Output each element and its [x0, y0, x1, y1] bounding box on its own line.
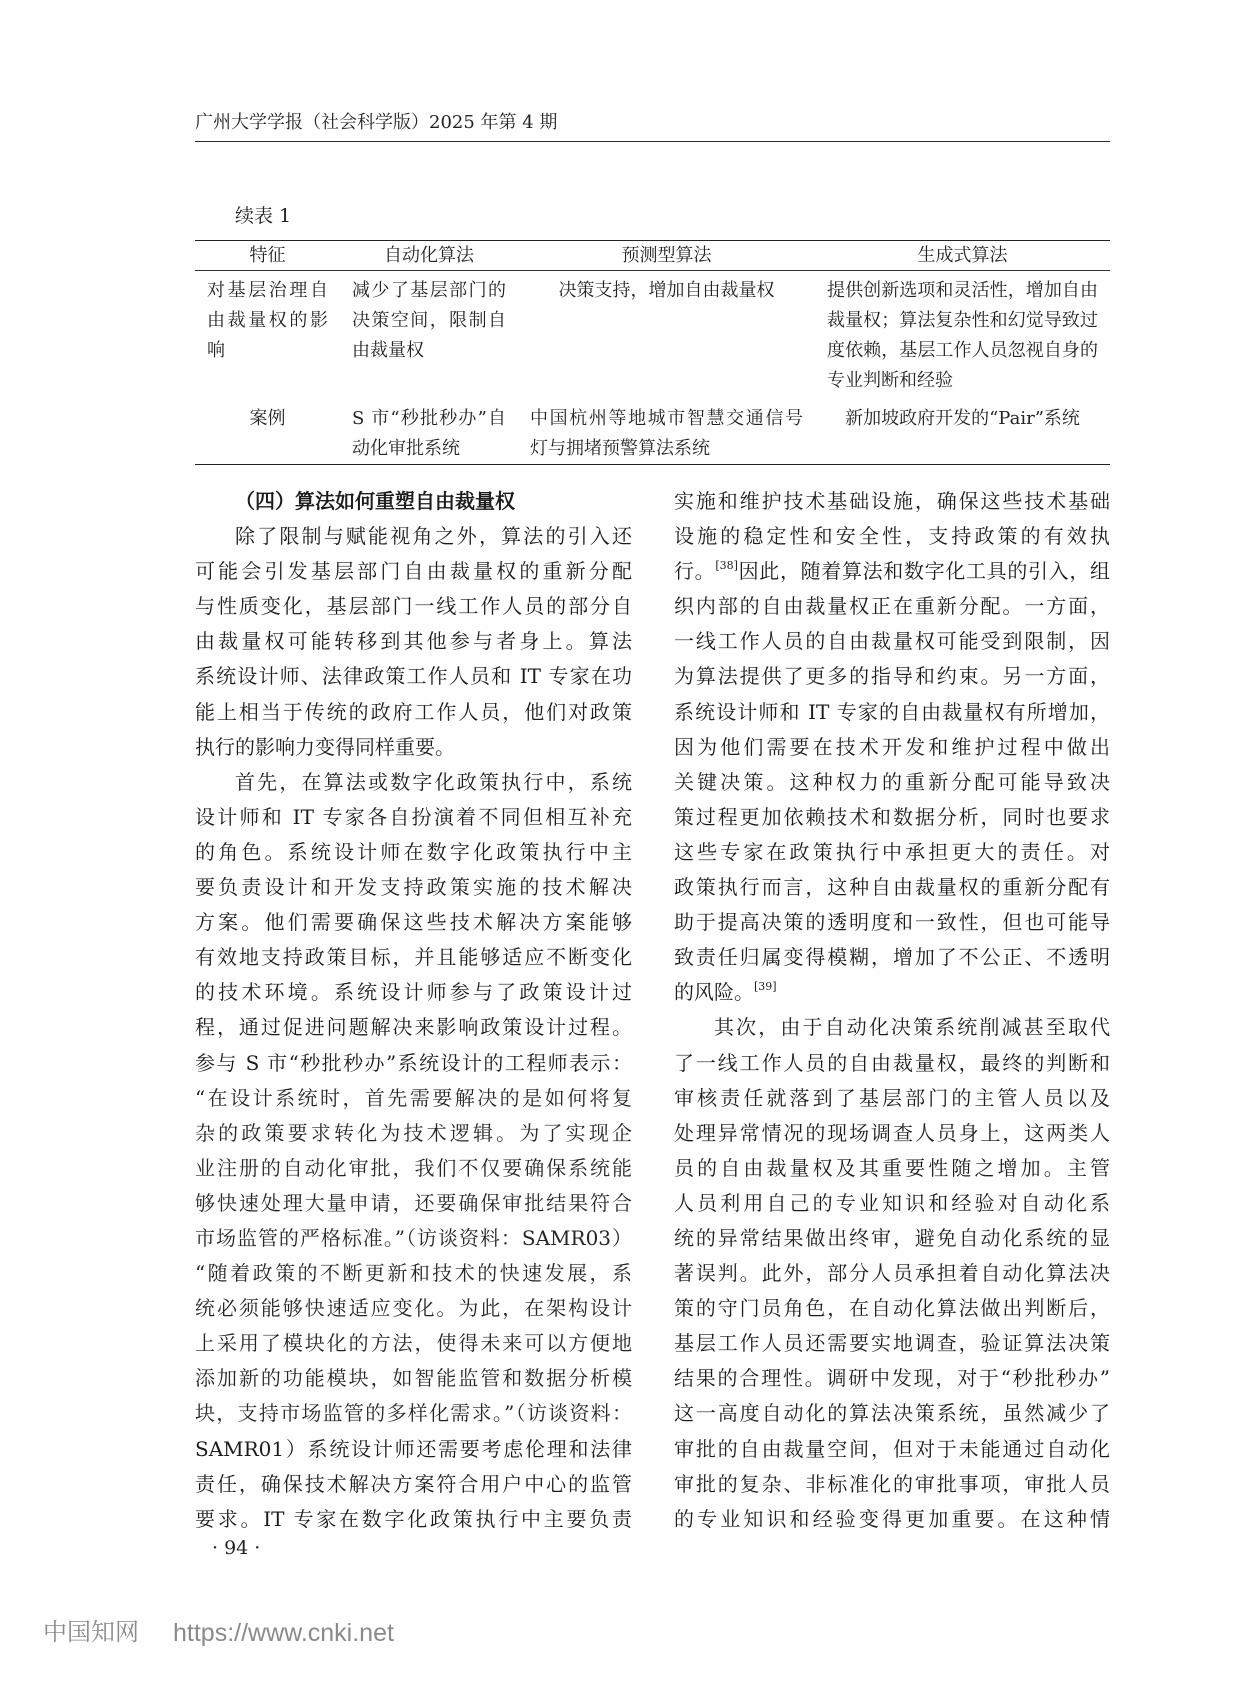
body-line: 可能会引发基层部门自由裁量权的重新分配 [195, 554, 632, 589]
interview-quote-line: 市场监管的严格标准。”（访谈资料：SAMR03） [195, 1221, 632, 1256]
cnki-watermark: 中国知网 https://www.cnki.net [43, 1618, 443, 1648]
cell-line: 新加坡政府开发的“Pair”系统 [827, 404, 1098, 434]
body-line: 实施和维护技术基础设施，确保这些技术基础 [674, 484, 1110, 519]
body-text: 行。 [674, 559, 715, 583]
body-line: 这些专家在政策执行中承担更大的责任。对 [674, 835, 1110, 870]
table-row: 案例 S 市“秒批秒办”自 动化审批系统 中国杭州等地城市智慧交通信号 灯与拥堵… [195, 400, 1110, 464]
body-line: 统的异常结果做出终审，避免自动化系统的显 [674, 1221, 1110, 1256]
body-line: 基层工作人员还需要实地调查，验证算法决策 [674, 1326, 1110, 1361]
watermark-brand: 中国知网 [43, 1618, 139, 1648]
interview-quote-line: “随着政策的不断更新和技术的快速发展，系 [195, 1256, 632, 1291]
body-line: 执行的影响力变得同样重要。 [195, 730, 632, 765]
body-line: 设施的稳定性和安全性，支持政策的有效执 [674, 519, 1110, 554]
body-line: 的风险。[39] [674, 975, 1110, 1010]
table-cell-generative: 提供创新选项和灵活性，增加自由 裁量权；算法复杂性和幻觉导致过 度依赖，基层工作… [815, 276, 1110, 396]
cell-line: 案例 [207, 404, 328, 434]
body-line: 程，通过促进问题解决来影响政策设计过程。 [195, 1010, 632, 1045]
page-number: · 94 · [212, 1536, 260, 1560]
table-cell-feature: 案例 [195, 404, 340, 464]
cell-line: S 市“秒批秒办”自 [352, 404, 506, 434]
column-header-predictive: 预测型算法 [518, 241, 815, 270]
interview-quote-line: 统必须能够快速适应变化。为此，在架构设计 [195, 1291, 632, 1326]
body-line: 有效地支持政策目标，并且能够适应不断变化 [195, 940, 632, 975]
cell-line: 由裁量权的影 [207, 306, 328, 336]
body-line: 审批的自由裁量空间，但对于未能通过自动化 [674, 1432, 1110, 1467]
body-line: SAMR01）系统设计师还需要考虑伦理和法律 [195, 1432, 632, 1467]
body-line: 参与 S 市“秒批秒办”系统设计的工程师表示： [195, 1046, 632, 1081]
cell-line: 动化审批系统 [352, 434, 506, 464]
cell-line: 提供创新选项和灵活性，增加自由 [827, 276, 1098, 306]
body-line: 的角色。系统设计师在数字化政策执行中主 [195, 835, 632, 870]
column-header-feature: 特征 [195, 241, 340, 270]
body-line: 系统设计师和 IT 专家的自由裁量权有所增加， [674, 695, 1110, 730]
cell-line: 决策支持，增加自由裁量权 [530, 276, 803, 306]
body-line: 处理异常情况的现场调查人员身上，这两类人 [674, 1116, 1110, 1151]
table-cell-automated: 减少了基层部门的 决策空间，限制自 由裁量权 [340, 276, 518, 396]
column-header-generative: 生成式算法 [815, 241, 1110, 270]
cell-line: 中国杭州等地城市智慧交通信号 [530, 404, 803, 434]
cell-line: 决策空间，限制自 [352, 306, 506, 336]
body-line: 了一线工作人员的自由裁量权，最终的判断和 [674, 1046, 1110, 1081]
table-cell-generative: 新加坡政府开发的“Pair”系统 [815, 404, 1110, 464]
column-header-automated: 自动化算法 [340, 241, 518, 270]
cell-line: 度依赖，基层工作人员忽视自身的 [827, 336, 1098, 366]
table-cell-automated: S 市“秒批秒办”自 动化审批系统 [340, 404, 518, 464]
body-line: 的专业知识和经验变得更加重要。在这种情 [674, 1502, 1110, 1537]
table-cell-feature: 对基层治理自 由裁量权的影 响 [195, 276, 340, 396]
body-line: 员的自由裁量权及其重要性随之增加。主管 [674, 1151, 1110, 1186]
cell-line: 对基层治理自 [207, 276, 328, 306]
cell-line: 响 [207, 336, 328, 366]
interview-quote-line: “在设计系统时，首先需要解决的是如何将复 [195, 1081, 632, 1116]
body-line: 这一高度自动化的算法决策系统，虽然减少了 [674, 1396, 1110, 1431]
body-line: 能上相当于传统的政府工作人员，他们对政策 [195, 695, 632, 730]
body-line: 方案。他们需要确保这些技术解决方案能够 [195, 905, 632, 940]
body-line: 设计师和 IT 专家各自扮演着不同但相互补充 [195, 800, 632, 835]
comparison-table: 特征 自动化算法 预测型算法 生成式算法 对基层治理自 由裁量权的影 响 减少了… [195, 240, 1110, 465]
body-line: 因为他们需要在技术开发和维护过程中做出 [674, 730, 1110, 765]
body-line: 为算法提供了更多的指导和约束。另一方面， [674, 659, 1110, 694]
body-line: 除了限制与赋能视角之外，算法的引入还 [195, 519, 632, 554]
body-column-right: 实施和维护技术基础设施，确保这些技术基础 设施的稳定性和安全性，支持政策的有效执… [674, 484, 1110, 1537]
cell-line: 专业判断和经验 [827, 366, 1098, 396]
body-text: 因此，随着算法和数字化工具的引入，组 [738, 559, 1110, 583]
body-line: 助于提高决策的透明度和一致性，但也可能导 [674, 905, 1110, 940]
body-line: 由裁量权可能转移到其他参与者身上。算法 [195, 624, 632, 659]
body-line: 策的守门员角色，在自动化算法做出判断后， [674, 1291, 1110, 1326]
body-line: 一线工作人员的自由裁量权可能受到限制，因 [674, 624, 1110, 659]
body-line: 其次，由于自动化决策系统削减甚至取代 [674, 1010, 1110, 1045]
interview-quote-line: 够快速处理大量申请，还要确保审批结果符合 [195, 1186, 632, 1221]
interview-quote-line: 业注册的自动化审批，我们不仅要确保系统能 [195, 1151, 632, 1186]
body-line: 责任，确保技术解决方案符合用户中心的监管 [195, 1467, 632, 1502]
cell-line: 减少了基层部门的 [352, 276, 506, 306]
table-cell-predictive: 中国杭州等地城市智慧交通信号 灯与拥堵预警算法系统 [518, 404, 815, 464]
header-rule [195, 141, 1110, 142]
body-line: 政策执行而言，这种自由裁量权的重新分配有 [674, 870, 1110, 905]
cell-line: 灯与拥堵预警算法系统 [530, 434, 803, 464]
cell-line: 由裁量权 [352, 336, 506, 366]
body-line: 著误判。此外，部分人员承担着自动化算法决 [674, 1256, 1110, 1291]
table-row: 对基层治理自 由裁量权的影 响 减少了基层部门的 决策空间，限制自 由裁量权 决… [195, 271, 1110, 400]
body-line: 结果的合理性。调研中发现，对于“秒批秒办” [674, 1361, 1110, 1396]
body-line: 的技术环境。系统设计师参与了政策设计过 [195, 975, 632, 1010]
body-line: 织内部的自由裁量权正在重新分配。一方面， [674, 589, 1110, 624]
body-line: 与性质变化，基层部门一线工作人员的部分自 [195, 589, 632, 624]
body-line: 系统设计师、法律政策工作人员和 IT 专家在功 [195, 659, 632, 694]
body-column-left: （四）算法如何重塑自由裁量权 除了限制与赋能视角之外，算法的引入还 可能会引发基… [195, 484, 632, 1537]
interview-quote-line: 块，支持市场监管的多样化需求。”（访谈资料： [195, 1396, 632, 1431]
table-header-row: 特征 自动化算法 预测型算法 生成式算法 [195, 241, 1110, 271]
body-line: 策过程更加依赖技术和数据分析，同时也要求 [674, 800, 1110, 835]
body-line: 审批的复杂、非标准化的审批事项，审批人员 [674, 1467, 1110, 1502]
interview-quote-line: 添加新的功能模块，如智能监管和数据分析模 [195, 1361, 632, 1396]
body-line: 要负责设计和开发支持政策实施的技术解决 [195, 870, 632, 905]
running-header: 广州大学学报（社会科学版）2025 年第 4 期 [195, 112, 557, 134]
body-text: 的风险。 [674, 980, 754, 1004]
citation-ref-38: [38] [715, 559, 738, 572]
body-line: 首先，在算法或数字化政策执行中，系统 [195, 765, 632, 800]
watermark-url: https://www.cnki.net [173, 1618, 394, 1648]
section-heading: （四）算法如何重塑自由裁量权 [195, 484, 632, 519]
body-line: 审核责任就落到了基层部门的主管人员以及 [674, 1081, 1110, 1116]
body-line: 关键决策。这种权力的重新分配可能导致决 [674, 765, 1110, 800]
table-caption: 续表 1 [235, 204, 291, 228]
cell-line: 裁量权；算法复杂性和幻觉导致过 [827, 306, 1098, 336]
body-line: 致责任归属变得模糊，增加了不公正、不透明 [674, 940, 1110, 975]
body-line: 要求。IT 专家在数字化政策执行中主要负责 [195, 1502, 632, 1537]
journal-page: 广州大学学报（社会科学版）2025 年第 4 期 续表 1 特征 自动化算法 预… [0, 0, 1240, 1683]
table-cell-predictive: 决策支持，增加自由裁量权 [518, 276, 815, 396]
interview-quote-line: 杂的政策要求转化为技术逻辑。为了实现企 [195, 1116, 632, 1151]
interview-quote-line: 上采用了模块化的方法，使得未来可以方便地 [195, 1326, 632, 1361]
citation-ref-39: [39] [754, 980, 777, 993]
body-line: 行。[38]因此，随着算法和数字化工具的引入，组 [674, 554, 1110, 589]
body-line: 人员利用自己的专业知识和经验对自动化系 [674, 1186, 1110, 1221]
